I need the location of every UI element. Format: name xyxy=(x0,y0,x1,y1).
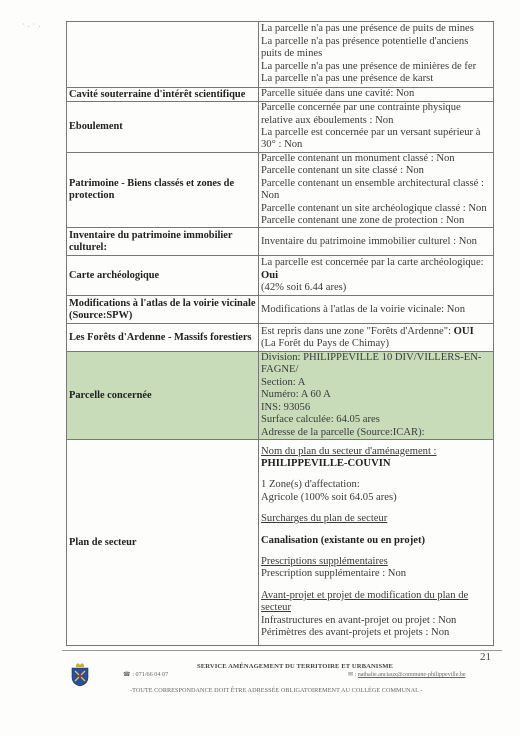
table-row-parcelle: Parcelle concernée Division: PHILIPPEVIL… xyxy=(67,352,494,440)
row-label: Parcelle concernée xyxy=(67,352,259,440)
table-row: Patrimoine - Biens classés et zones de p… xyxy=(67,153,494,228)
value-line: Périmètres des avant-projets et projets … xyxy=(261,627,491,639)
value-line: Parcelle contenant un site archéologique… xyxy=(261,203,491,215)
section-heading: Surcharges du plan de secteur xyxy=(261,513,491,525)
row-value: Nom du plan du secteur d'aménagement : P… xyxy=(259,440,494,646)
value-line: Parcelle contenant un ensemble architect… xyxy=(261,178,491,203)
row-label: Plan de secteur xyxy=(67,440,259,646)
table-row: Les Forêts d'Ardenne - Massifs forestier… xyxy=(67,324,494,352)
value-bold: Oui xyxy=(261,270,278,281)
value-line: Modifications à l'atlas de la voirie vic… xyxy=(261,304,491,316)
constraints-table: La parcelle n'a pas une présence de puit… xyxy=(66,21,494,352)
value-line: Parcelle située dans une cavité: Non xyxy=(261,88,491,100)
table-row: Carte archéologique La parcelle est conc… xyxy=(67,256,494,296)
value-line: Prescription supplémentaire : Non xyxy=(261,568,491,580)
value-line: Adresse de la parcelle (Source:ICAR): xyxy=(261,427,491,439)
email-link[interactable]: nathalie.anciaux@commune-philippeville.b… xyxy=(358,672,466,678)
plan-name: PHILIPPEVILLE-COUVIN xyxy=(261,458,491,470)
spacer xyxy=(261,581,491,590)
value-text: (La Forêt du Pays de Chimay) xyxy=(261,338,389,349)
row-value: Parcelle contenant un monument classé : … xyxy=(259,153,494,228)
phone-contact: ☎ : 071/66 04 07 xyxy=(123,671,168,678)
telephone-icon: ☎ xyxy=(123,671,131,678)
value-line: Parcelle concernée par une contrainte ph… xyxy=(261,102,491,127)
row-label: Modifications à l'atlas de la voirie vic… xyxy=(67,296,259,324)
row-label: Les Forêts d'Ardenne - Massifs forestier… xyxy=(67,324,259,352)
row-value: La parcelle est concernée par la carte a… xyxy=(259,256,494,296)
value-line: La parcelle n'a pas une présence de mini… xyxy=(261,61,491,73)
row-value: Inventaire du patrimoine immobilier cult… xyxy=(259,228,494,256)
spacer xyxy=(261,504,491,513)
value-line: La parcelle est concernée par un versant… xyxy=(261,127,491,152)
email-prefix: : xyxy=(355,672,357,678)
table-row: La parcelle n'a pas une présence de puit… xyxy=(67,22,494,88)
value-line: Division: PHILIPPEVILLE 10 DIV/VILLERS-E… xyxy=(261,352,491,377)
parcel-table: Parcelle concernée Division: PHILIPPEVIL… xyxy=(66,351,494,646)
fax-email-icon: ✉ xyxy=(348,672,353,678)
value-line: (42% soit 6.44 ares) xyxy=(261,282,491,294)
section-heading: Nom du plan du secteur d'aménagement : xyxy=(261,446,491,458)
value-line: La parcelle n'a pas présence potentielle… xyxy=(261,36,491,61)
value-line: Parcelle contenant une zone de protectio… xyxy=(261,215,491,227)
table-row: Modifications à l'atlas de la voirie vic… xyxy=(67,296,494,324)
row-value: Modifications à l'atlas de la voirie vic… xyxy=(259,296,494,324)
table-row: Inventaire du patrimoine immobilier cult… xyxy=(67,228,494,256)
row-value: Parcelle située dans une cavité: Non xyxy=(259,88,494,102)
spacer xyxy=(261,470,491,479)
value-text: La parcelle est concernée par la carte a… xyxy=(261,257,484,268)
phone-number: : 071/66 04 07 xyxy=(132,671,168,678)
coat-of-arms-icon xyxy=(70,663,90,687)
email-contact: ✉ : nathalie.anciaux@commune-philippevil… xyxy=(348,671,466,678)
page-number: 21 xyxy=(480,651,491,663)
footer-divider xyxy=(62,650,502,651)
row-value: Est repris dans une zone "Forêts d'Arden… xyxy=(259,324,494,352)
value-line: Canalisation (existante ou en projet) xyxy=(261,535,491,547)
value-text: Est repris dans une zone "Forêts d'Arden… xyxy=(261,326,454,337)
service-name: SERVICE AMÉNAGEMENT DU TERRITOIRE ET URB… xyxy=(197,663,393,670)
value-line: Numéro: A 60 A xyxy=(261,389,491,401)
value-line: Section: A xyxy=(261,377,491,389)
scan-specks: ·.·. xyxy=(22,20,43,29)
value-line: La parcelle n'a pas une présence de puit… xyxy=(261,23,491,35)
value-line: La parcelle n'a pas une présence de kars… xyxy=(261,73,491,85)
value-line: INS: 93056 xyxy=(261,402,491,414)
table-row: Eboulement Parcelle concernée par une co… xyxy=(67,102,494,153)
spacer xyxy=(261,547,491,556)
value-bold: OUI xyxy=(454,326,474,337)
row-label: Cavité souterraine d'intérêt scientifiqu… xyxy=(67,88,259,102)
row-value: La parcelle n'a pas une présence de puit… xyxy=(259,22,494,88)
value-line: Agricole (100% soit 64.05 ares) xyxy=(261,492,491,504)
row-label: Patrimoine - Biens classés et zones de p… xyxy=(67,153,259,228)
value-line: Infrastructures en avant-projet ou proje… xyxy=(261,615,491,627)
correspondence-notice: -TOUTE CORRESPONDANCE DOIT ÊTRE ADRESSÉE… xyxy=(130,687,422,694)
row-value: Parcelle concernée par une contrainte ph… xyxy=(259,102,494,153)
row-label: Carte archéologique xyxy=(67,256,259,296)
value-line: Parcelle contenant un monument classé : … xyxy=(261,153,491,165)
value-line: Surface calculée: 64.05 ares xyxy=(261,414,491,426)
row-label: Eboulement xyxy=(67,102,259,153)
table-row: Cavité souterraine d'intérêt scientifiqu… xyxy=(67,88,494,102)
value-line: Parcelle contenant un site classé : Non xyxy=(261,165,491,177)
section-heading: Avant-projet et projet de modification d… xyxy=(261,590,491,615)
row-value: Division: PHILIPPEVILLE 10 DIV/VILLERS-E… xyxy=(259,352,494,440)
value-line: Inventaire du patrimoine immobilier cult… xyxy=(261,236,491,248)
row-label xyxy=(67,22,259,88)
table-row-plan: Plan de secteur Nom du plan du secteur d… xyxy=(67,440,494,646)
row-label: Inventaire du patrimoine immobilier cult… xyxy=(67,228,259,256)
section-heading: Prescriptions supplémentaires xyxy=(261,556,491,568)
value-line: 1 Zone(s) d'affectation: xyxy=(261,479,491,491)
spacer xyxy=(261,526,491,535)
